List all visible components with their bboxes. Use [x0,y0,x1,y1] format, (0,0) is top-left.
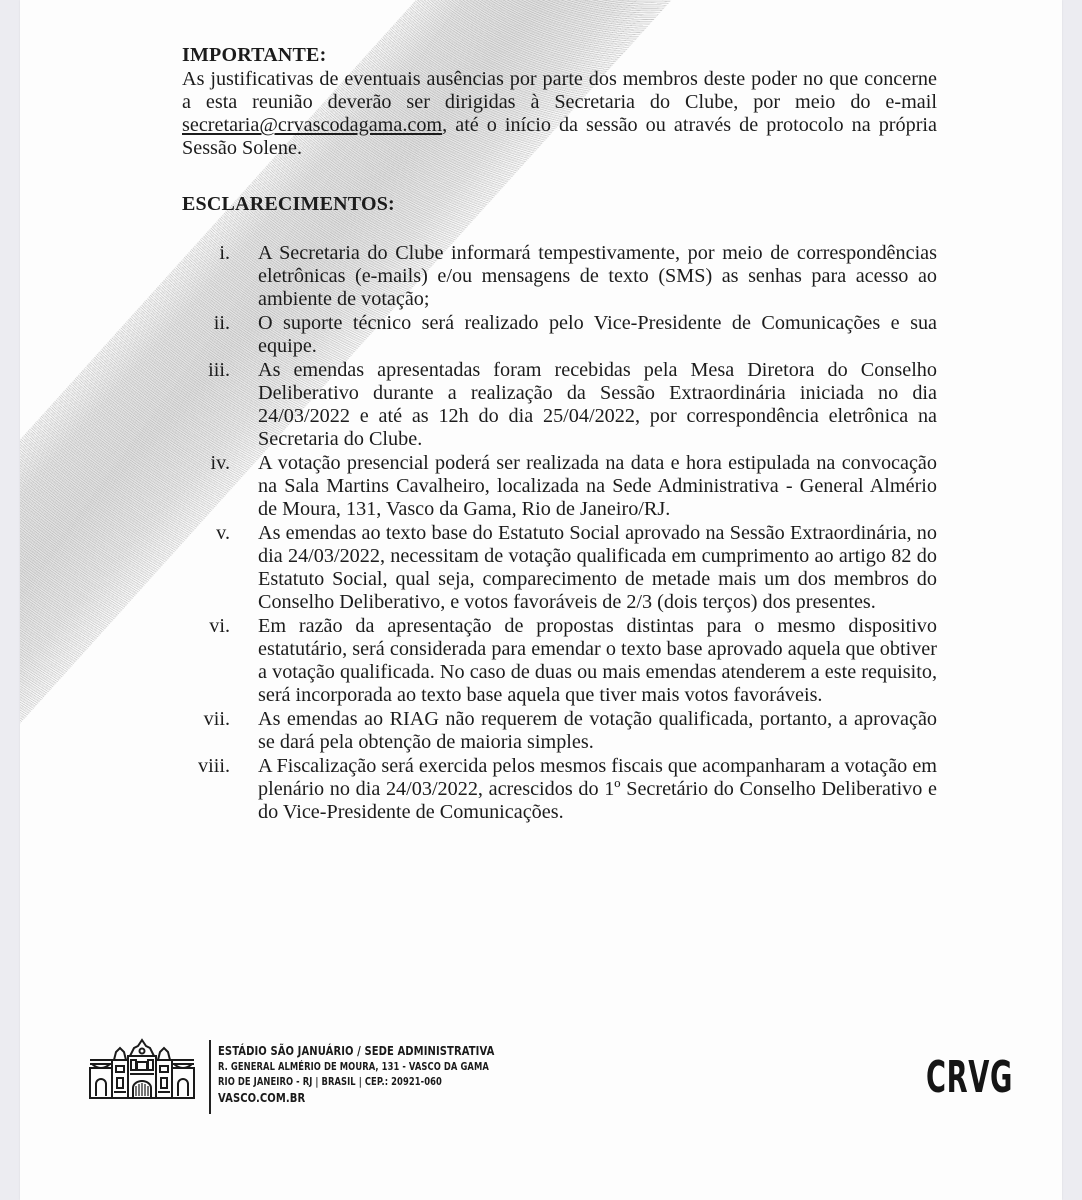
list-item: i.A Secretaria do Clube informará tempes… [182,242,937,311]
item-number: viii. [182,755,230,778]
footer-street: R. GENERAL ALMÉRIO DE MOURA, 131 - VASCO… [218,1060,494,1076]
item-text: O suporte técnico será realizado pelo Vi… [258,312,937,358]
item-text: A Fiscalização será exercida pelos mesmo… [258,755,937,824]
item-number: ii. [182,312,230,335]
list-item: viii.A Fiscalização será exercida pelos … [182,755,937,824]
item-text: As emendas ao texto base do Estatuto Soc… [258,522,937,614]
important-paragraph: As justificativas de eventuais ausências… [182,68,937,160]
crvg-logo: CRVG [926,1056,1013,1100]
document-body: IMPORTANTE: As justificativas de eventua… [182,44,937,825]
list-item: v.As emendas ao texto base do Estatuto S… [182,522,937,614]
item-text: A Secretaria do Clube informará tempesti… [258,242,937,311]
stadium-building-icon [88,1038,196,1102]
letterhead-footer: ESTÁDIO SÃO JANUÁRIO / SEDE ADMINISTRATI… [88,1038,1018,1108]
item-number: v. [182,522,230,545]
list-item: ii.O suporte técnico será realizado pelo… [182,312,937,358]
document-page: IMPORTANTE: As justificativas de eventua… [20,0,1062,1200]
secretaria-email-link[interactable]: secretaria@crvascodagama.com [182,114,442,136]
important-text-before: As justificativas de eventuais ausências… [182,68,937,113]
item-number: vi. [182,615,230,638]
footer-address: ESTÁDIO SÃO JANUÁRIO / SEDE ADMINISTRATI… [218,1044,494,1106]
item-text: As emendas ao RIAG não requerem de votaç… [258,708,937,754]
footer-website-link[interactable]: VASCO.COM.BR [218,1091,494,1107]
list-item: iv.A votação presencial poderá ser reali… [182,452,937,521]
list-item: vi.Em razão da apresentação de propostas… [182,615,937,707]
item-number: vii. [182,708,230,731]
important-heading: IMPORTANTE: [182,44,937,67]
item-number: i. [182,242,230,265]
list-item: vii.As emendas ao RIAG não requerem de v… [182,708,937,754]
item-text: Em razão da apresentação de propostas di… [258,615,937,707]
item-number: iii. [182,359,230,382]
item-text: As emendas apresentadas foram recebidas … [258,359,937,451]
clarifications-list: i.A Secretaria do Clube informará tempes… [182,242,937,824]
footer-divider [209,1040,211,1114]
list-item: iii.As emendas apresentadas foram recebi… [182,359,937,451]
item-text: A votação presencial poderá ser realizad… [258,452,937,521]
item-number: iv. [182,452,230,475]
footer-city: RIO DE JANEIRO - RJ | BRASIL | CEP.: 209… [218,1075,494,1091]
footer-venue: ESTÁDIO SÃO JANUÁRIO / SEDE ADMINISTRATI… [218,1044,494,1060]
clarifications-heading: ESCLARECIMENTOS: [182,193,937,216]
